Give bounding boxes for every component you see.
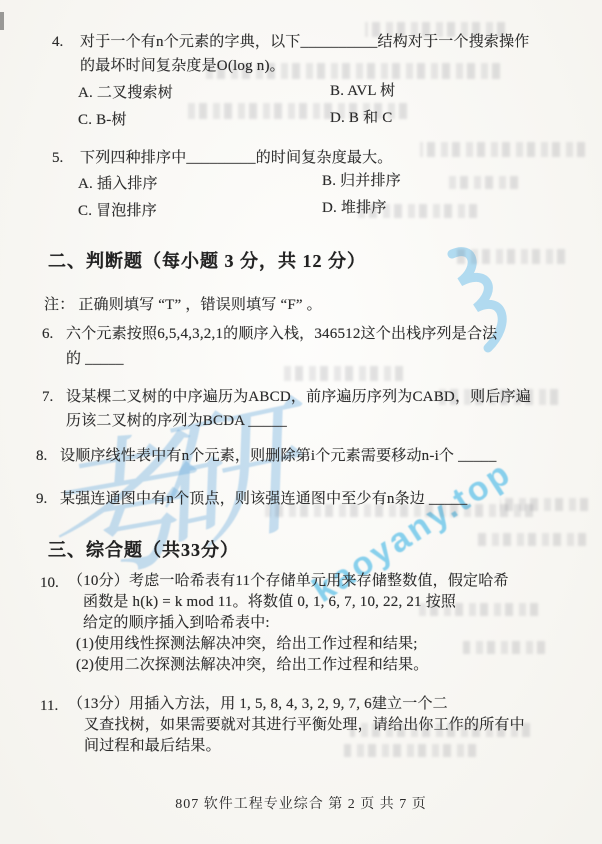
question-9-line-1: 某强连通图中有n个顶点，则该强连通图中至少有n条边 _____ [60, 487, 467, 511]
question-11-line-3: 间过程和最后结果。 [84, 736, 221, 757]
question-5-option-a: A. 插入排序 [78, 172, 158, 196]
question-8-line-1: 设顺序线性表中有n个元素，则删除第i个元素需要移动n-i个 _____ [60, 444, 497, 468]
question-4-option-b: B. AVL 树 [330, 79, 395, 103]
question-6-line-1: 六个元素按照6,5,4,3,2,1的顺序入栈，346512这个出栈序列是合法 [66, 322, 497, 346]
question-4-number: 4. [52, 30, 63, 54]
question-4-option-c: C. B-树 [78, 108, 127, 132]
question-5-option-c: C. 冒泡排序 [78, 199, 157, 223]
question-11-line-2: 叉查找树，如果需要就对其进行平衡处理，请给出你工作的所有中 [84, 715, 525, 736]
question-11-line-1: （13分）用插入方法，用 1, 5, 8, 4, 3, 2, 9, 7, 6建立… [68, 694, 448, 715]
question-5-option-d: D. 堆排序 [322, 196, 387, 220]
question-6-number: 6. [42, 322, 53, 346]
question-10-line-5: (2)使用二次探测法解决冲突，给出工作过程和结果。 [76, 655, 429, 676]
question-10-line-3: 给定的顺序插入到哈希表中: [83, 613, 270, 634]
note-line: 注： 正确则填写 “T” ，错误则填写 “F” 。 [44, 293, 322, 317]
question-4-option-d: D. B 和 C [330, 106, 392, 130]
question-6-line-2: 的 _____ [66, 347, 124, 371]
question-7-line-1: 设某棵二叉树的中序遍历为ABCD，前序遍历序列为CABD，则后序遍 [66, 385, 531, 409]
question-4-line-1: 对于一个有n个元素的字典，以下__________结构对于一个搜索操作 [80, 30, 530, 54]
section-3-title: 三、综合题（共33分） [48, 536, 239, 562]
question-10-line-4: (1)使用线性探测法解决冲突，给出工作过程和结果; [76, 634, 418, 655]
bleedthrough-text-block [278, 366, 403, 381]
bleedthrough-text-block [344, 744, 476, 757]
question-10-number: 10. [40, 571, 59, 595]
question-8-number: 8. [36, 444, 47, 468]
question-5-number: 5. [52, 146, 63, 170]
question-4-option-a: A. 二叉搜索树 [78, 81, 173, 105]
bleedthrough-text-block [463, 641, 545, 654]
question-10-line-2: 函数是 h(k) = k mod 11。将数值 0, 1, 6, 7, 10, … [83, 592, 456, 613]
bleedthrough-text-block [500, 498, 588, 511]
section-2-title: 二、判断题（每小题 3 分，共 12 分） [48, 247, 366, 273]
question-7-number: 7. [42, 385, 53, 409]
page-footer: 807 软件工程专业综合 第 2 页 共 7 页 [0, 793, 602, 813]
question-5-option-b: B. 归并排序 [322, 169, 401, 193]
bleedthrough-text-block [455, 249, 565, 264]
scanned-exam-page: 考 研 kaoyany.top 4. 对于一个有n个元素的字典，以下______… [0, 0, 602, 844]
question-9-number: 9. [36, 487, 47, 511]
question-7-line-2: 历该二叉树的序列为BCDA _____ [66, 409, 287, 433]
question-5-line-1: 下列四种排序中_________的时间复杂度最大。 [80, 146, 393, 170]
question-11-number: 11. [40, 694, 58, 718]
scan-edge-mark [0, 12, 4, 30]
bleedthrough-text-block [420, 142, 585, 157]
question-10-line-1: （10分）考虑一哈希表有11个存储单元用来存储整数值，假定哈希 [68, 571, 509, 592]
bleedthrough-text-block [448, 176, 518, 189]
bleedthrough-text-block [478, 533, 586, 546]
question-4-line-2: 的最坏时间复杂度是O(log n)。 [80, 54, 285, 78]
